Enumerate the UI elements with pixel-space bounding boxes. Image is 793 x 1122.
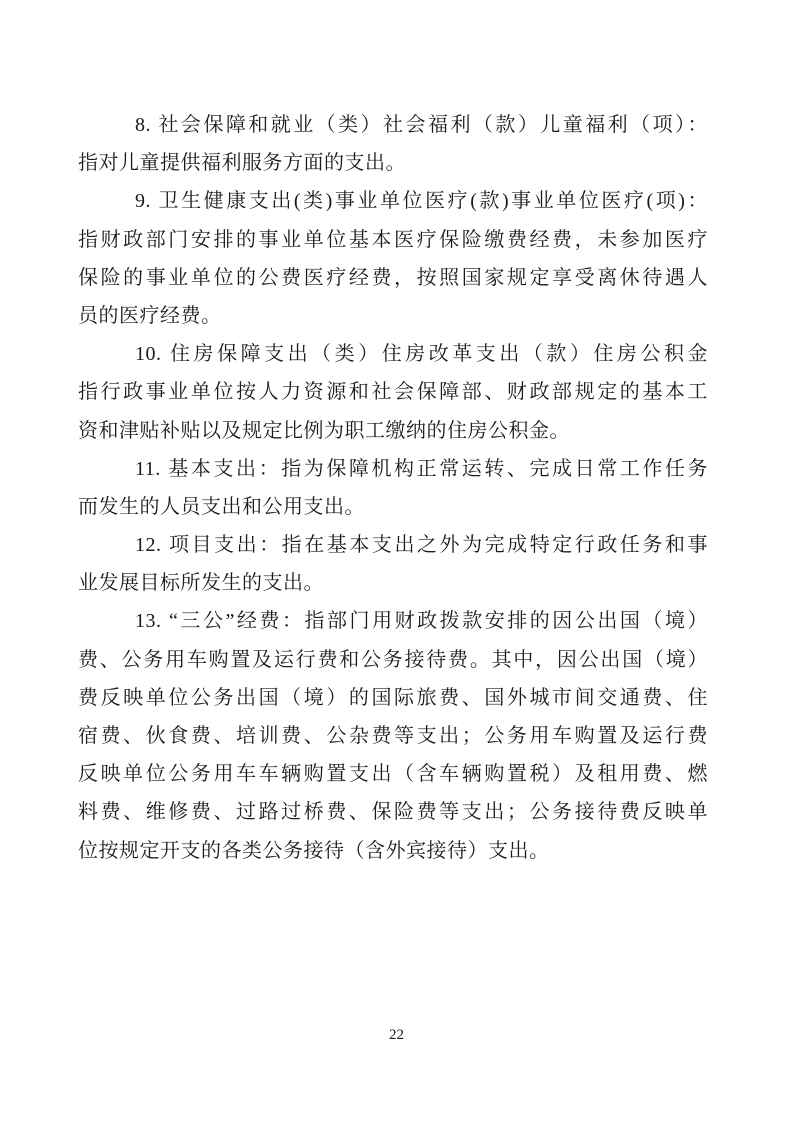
- paragraph-item-9: 9. 卫生健康支出(类)事业单位医疗(款)事业单位医疗(项)：指财政部门安排的事…: [78, 182, 708, 335]
- text-line: 指财政部门安排的事业单位基本医疗保险缴费经费，未参加医疗: [78, 221, 708, 259]
- paragraph-item-13: 13. “三公”经费：指部门用财政拨款安排的因公出国（境）费、公务用车购置及运行…: [78, 602, 708, 869]
- text-line: 费、公务用车购置及运行费和公务接待费。其中，因公出国（境）: [78, 641, 708, 679]
- text-line: 费反映单位公务出国（境）的国际旅费、国外城市间交通费、住: [78, 679, 708, 717]
- text-line: 指对儿童提供福利服务方面的支出。: [78, 144, 708, 182]
- text-line: 指行政事业单位按人力资源和社会保障部、财政部规定的基本工: [78, 373, 708, 411]
- text-line: 反映单位公务用车车辆购置支出（含车辆购置税）及租用费、燃: [78, 755, 708, 793]
- text-line: 业发展目标所发生的支出。: [78, 564, 708, 602]
- text-line: 13. “三公”经费：指部门用财政拨款安排的因公出国（境）: [78, 602, 708, 640]
- text-line: 而发生的人员支出和公用支出。: [78, 488, 708, 526]
- text-line: 位按规定开支的各类公务接待（含外宾接待）支出。: [78, 832, 708, 870]
- text-line: 保险的事业单位的公费医疗经费，按照国家规定享受离休待遇人: [78, 259, 708, 297]
- text-line: 11. 基本支出：指为保障机构正常运转、完成日常工作任务: [78, 450, 708, 488]
- text-line: 12. 项目支出：指在基本支出之外为完成特定行政任务和事: [78, 526, 708, 564]
- text-line: 8. 社会保障和就业（类）社会福利（款）儿童福利（项）：: [78, 106, 708, 144]
- paragraph-item-11: 11. 基本支出：指为保障机构正常运转、完成日常工作任务而发生的人员支出和公用支…: [78, 450, 708, 526]
- paragraph-item-8: 8. 社会保障和就业（类）社会福利（款）儿童福利（项）：指对儿童提供福利服务方面…: [78, 106, 708, 182]
- page-number: 22: [0, 1026, 793, 1044]
- text-line: 料费、维修费、过路过桥费、保险费等支出；公务接待费反映单: [78, 793, 708, 831]
- paragraph-item-12: 12. 项目支出：指在基本支出之外为完成特定行政任务和事业发展目标所发生的支出。: [78, 526, 708, 602]
- text-line: 宿费、伙食费、培训费、公杂费等支出；公务用车购置及运行费: [78, 717, 708, 755]
- document-body: 8. 社会保障和就业（类）社会福利（款）儿童福利（项）：指对儿童提供福利服务方面…: [78, 106, 708, 870]
- text-line: 资和津贴补贴以及规定比例为职工缴纳的住房公积金。: [78, 412, 708, 450]
- document-page: 8. 社会保障和就业（类）社会福利（款）儿童福利（项）：指对儿童提供福利服务方面…: [0, 0, 793, 1122]
- text-line: 员的医疗经费。: [78, 297, 708, 335]
- text-line: 10. 住房保障支出（类）住房改革支出（款）住房公积金（项）：: [78, 335, 708, 373]
- text-line: 9. 卫生健康支出(类)事业单位医疗(款)事业单位医疗(项)：: [78, 182, 708, 220]
- paragraph-item-10: 10. 住房保障支出（类）住房改革支出（款）住房公积金（项）：指行政事业单位按人…: [78, 335, 708, 450]
